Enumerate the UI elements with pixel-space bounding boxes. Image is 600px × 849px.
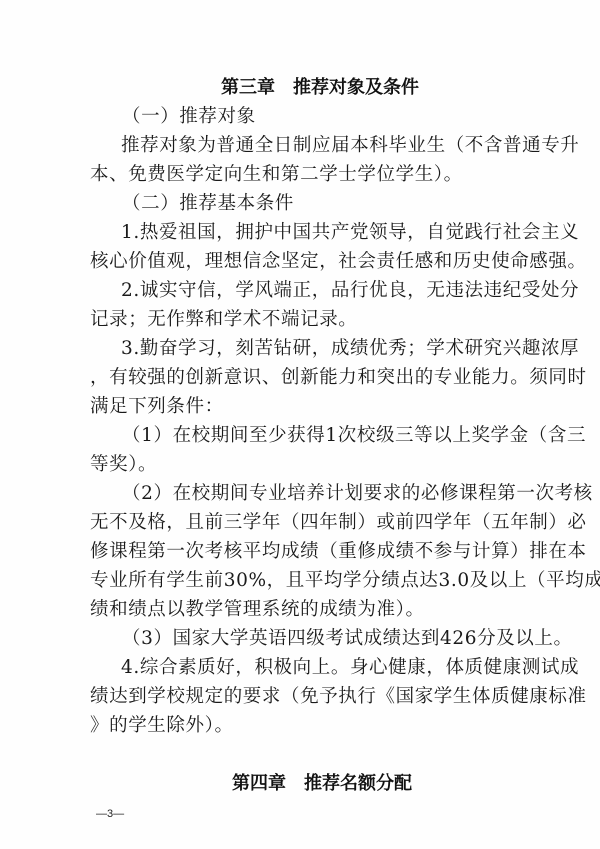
item-line: （3）国家大学英语四级考试成绩达到426分及以上。 [122,628,573,650]
item-line: 专业所有学生前30%，且平均学分绩点达3.0及以上（平均成 [90,570,600,592]
item-line: 》的学生除外）。 [90,715,234,737]
item-line: 无不及格，且前三学年（四年制）或前四学年（五年制）必 [90,512,587,534]
chapter-4-title: 第四章 推荐名额分配 [232,773,412,795]
item-line: 记录；无作弊和学术不端记录。 [90,309,357,331]
item-line: 2.诚实守信，学风端正，品行优良，无违法违纪受处分 [121,280,579,302]
item-line: 3.勤奋学习，刻苦钻研，成绩优秀；学术研究兴趣浓厚 [121,338,579,360]
section-1-body-line: 推荐对象为普通全日制应届本科毕业生（不含普通专升 [121,135,579,157]
item-line: （1）在校期间至少获得1次校级三等以上奖学金（含三 [122,425,586,447]
item-line: 等奖）。 [90,454,157,476]
item-line: 满足下列条件： [90,396,224,418]
item-line: （2）在校期间专业培养计划要求的必修课程第一次考核 [122,483,593,505]
section-1-heading: （一）推荐对象 [122,106,256,128]
item-line: 绩和绩点以教学管理系统的成绩为准）。 [90,599,425,621]
item-line: 4.综合素质好，积极向上。身心健康，体质健康测试成 [121,657,579,679]
document-page: 第三章 推荐对象及条件 （一）推荐对象 推荐对象为普通全日制应届本科毕业生（不含… [0,0,600,849]
item-line: 核心价值观，理想信念坚定，社会责任感和历史使命感强。 [90,251,587,273]
page-number: —3— [96,807,124,821]
item-line: 修课程第一次考核平均成绩（重修成绩不参与计算）排在本 [90,541,587,563]
item-line: ，有较强的创新意识、创新能力和突出的专业能力。须同时 [90,367,587,389]
item-line: 绩达到学校规定的要求（免予执行《国家学生体质健康标准 [90,686,587,708]
section-2-heading: （二）推荐基本条件 [122,193,294,215]
chapter-3-title: 第三章 推荐对象及条件 [221,77,419,99]
item-line: 1.热爱祖国，拥护中国共产党领导，自觉践行社会主义 [121,222,579,244]
section-1-body-line: 本、免费医学定向生和第二学士学位学生）。 [90,164,463,186]
